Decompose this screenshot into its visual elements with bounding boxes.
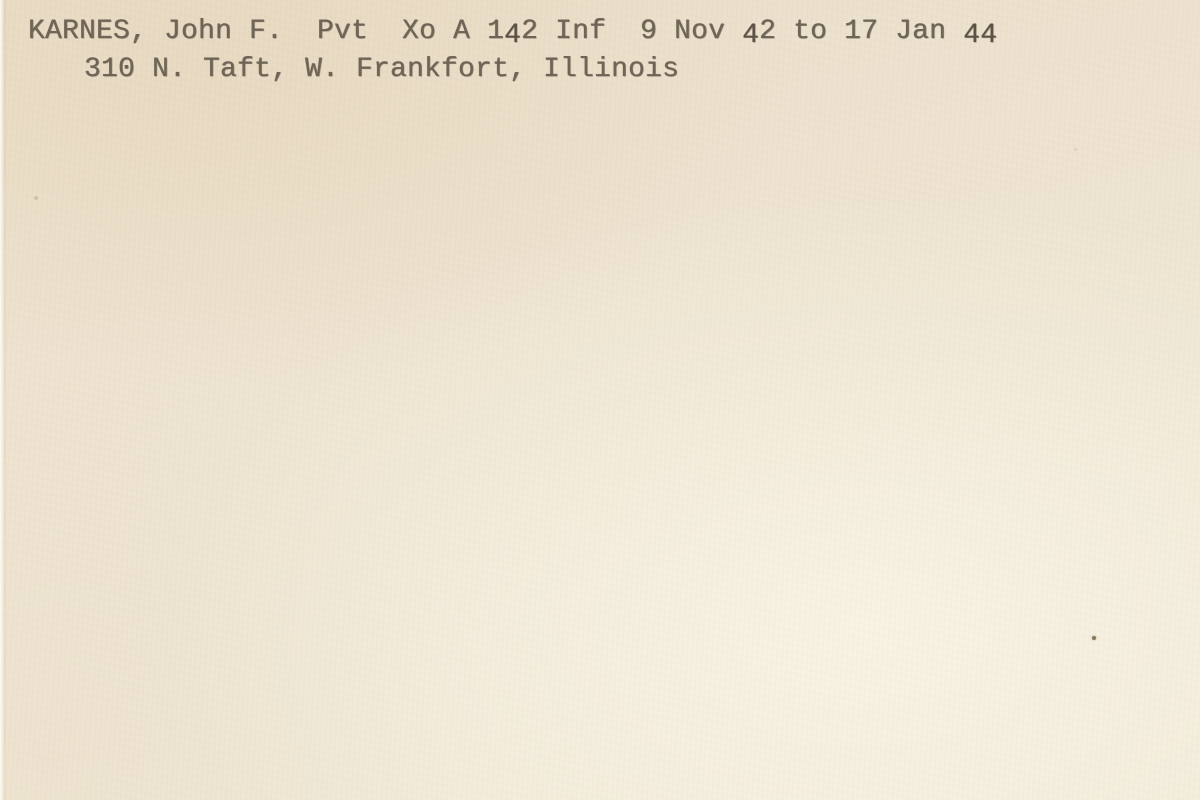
typed-line-name-unit-dates: KARNES, John F. Pvt Xo A 142 Inf 9 Nov 4… <box>28 16 997 48</box>
scan-edge-shadow <box>4 0 7 800</box>
typed-line-address: 310 N. Taft, W. Frankfort, Illinois <box>84 54 679 86</box>
paper-speck <box>1092 636 1096 640</box>
index-card: KARNES, John F. Pvt Xo A 142 Inf 9 Nov 4… <box>0 0 1200 800</box>
paper-speck <box>34 196 38 200</box>
paper-speck <box>1074 148 1077 151</box>
